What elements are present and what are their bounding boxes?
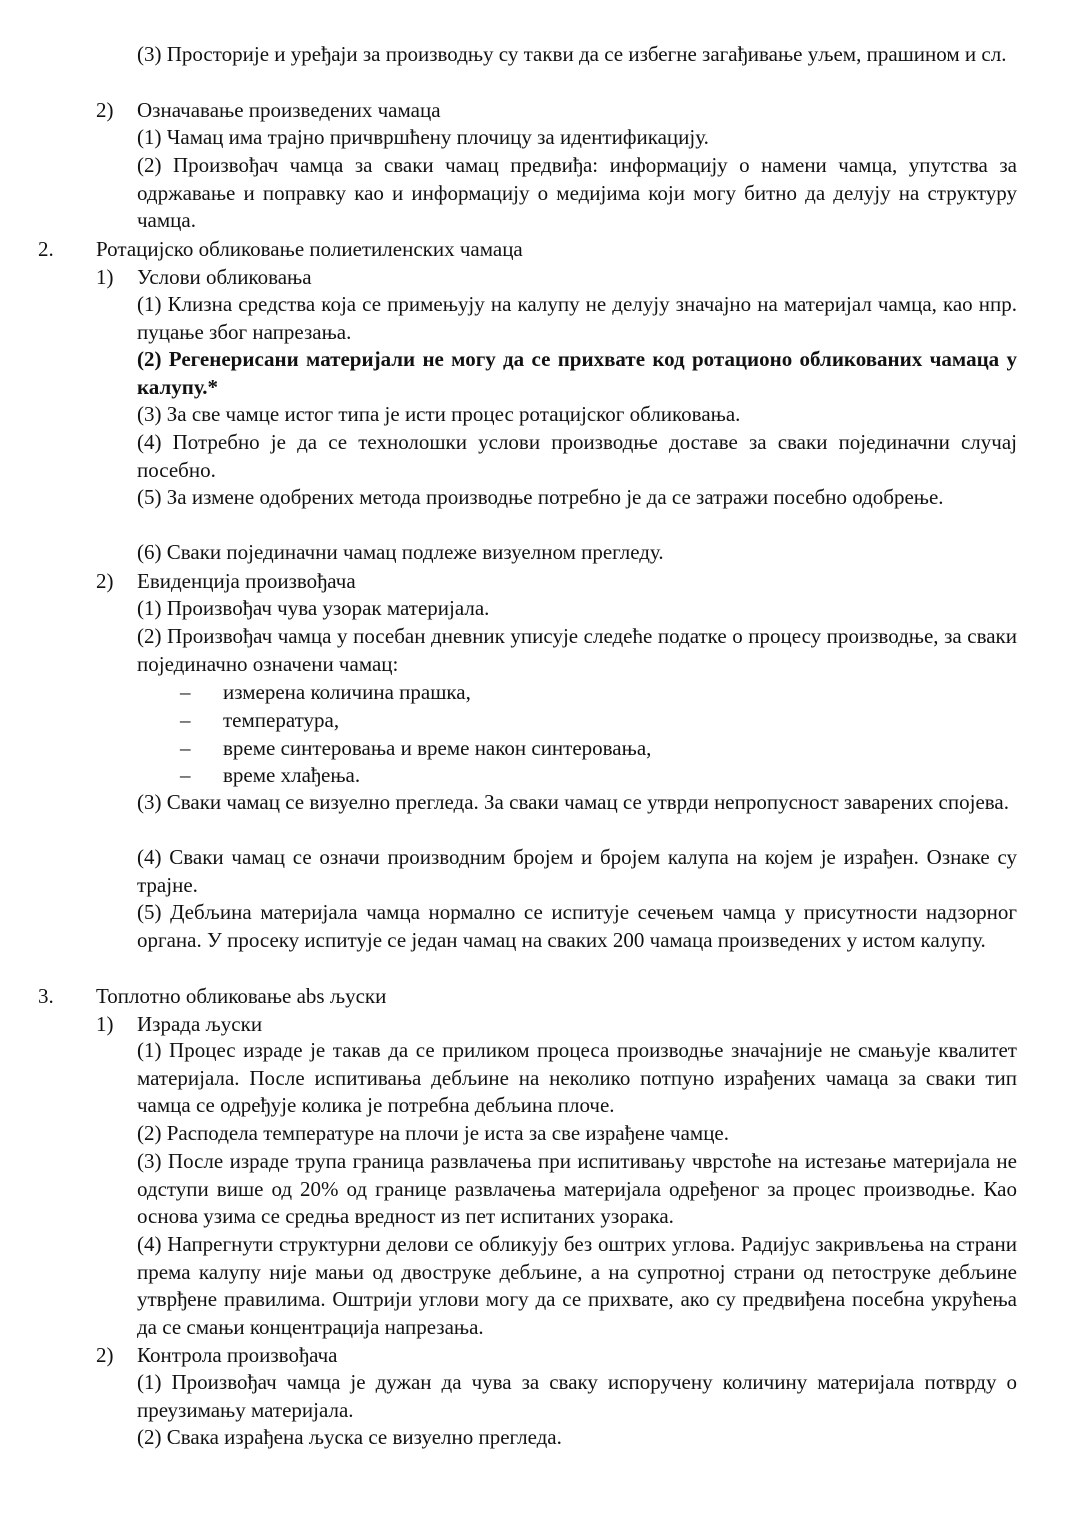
section-heading: Означавање произведених чамаца (137, 96, 441, 124)
list-number: 2) (96, 1341, 114, 1369)
paragraph: (4) Потребно је да се технолошки услови … (137, 429, 1017, 484)
paragraph: (1) Процес израде је такав да се прилико… (137, 1037, 1017, 1120)
paragraph: (1) Произвођач чува узорак материјала. (137, 595, 1017, 623)
section-heading: Услови обликовања (137, 263, 312, 291)
list-number: 1) (96, 263, 114, 291)
bullet-item: измерена количина прашка, (223, 678, 471, 706)
paragraph: (3) За све чамце истог типа је исти проц… (137, 401, 1017, 429)
list-number: 2. (38, 235, 54, 263)
paragraph: (4) Сваки чамац се означи производним бр… (137, 844, 1017, 899)
paragraph: (2) Свака израђена љуска се визуелно пре… (137, 1424, 1017, 1452)
section-heading: Контрола произвођача (137, 1341, 337, 1369)
paragraph: (1) Чамац има трајно причвршћену плочицу… (137, 124, 1017, 152)
paragraph: (5) Дебљина материјала чамца нормално се… (137, 899, 1017, 954)
bullet-item: време хлађења. (223, 761, 360, 789)
list-number: 1) (96, 1010, 114, 1038)
dash-bullet: – (180, 734, 191, 762)
list-number: 2) (96, 96, 114, 124)
bold-paragraph: (2) Регенерисани материјали не могу да с… (137, 346, 1017, 401)
list-number: 2) (96, 567, 114, 595)
paragraph: (2) Произвођач чамца за сваки чамац пред… (137, 152, 1017, 235)
paragraph: (5) За измене одобрених метода производњ… (137, 484, 1017, 512)
paragraph: (2) Расподела температуре на плочи је ис… (137, 1120, 1017, 1148)
chapter-heading: Топлотно обликовање abs љуски (96, 982, 386, 1010)
dash-bullet: – (180, 761, 191, 789)
dash-bullet: – (180, 706, 191, 734)
paragraph: (3) Сваки чамац се визуелно прегледа. За… (137, 789, 1017, 817)
list-number: 3. (38, 982, 54, 1010)
paragraph: (2) Произвођач чамца у посебан дневник у… (137, 623, 1017, 678)
bullet-item: температура, (223, 706, 339, 734)
paragraph: (6) Сваки појединачни чамац подлеже визу… (137, 539, 1017, 567)
section-heading: Израда љуски (137, 1010, 262, 1038)
chapter-heading: Ротацијско обликовање полиетиленских чам… (96, 235, 523, 263)
paragraph: (3) После израде трупа граница развлачењ… (137, 1148, 1017, 1231)
dash-bullet: – (180, 678, 191, 706)
paragraph: (4) Напрегнути структурни делови се обли… (137, 1231, 1017, 1341)
section-heading: Евиденција произвођача (137, 567, 356, 595)
bullet-item: време синтеровања и време након синтеров… (223, 734, 651, 762)
paragraph: (1) Клизна средства која се примењују на… (137, 291, 1017, 346)
paragraph: (3) Просторије и уређаји за производњу с… (137, 41, 1017, 69)
paragraph: (1) Произвођач чамца је дужан да чува за… (137, 1369, 1017, 1424)
